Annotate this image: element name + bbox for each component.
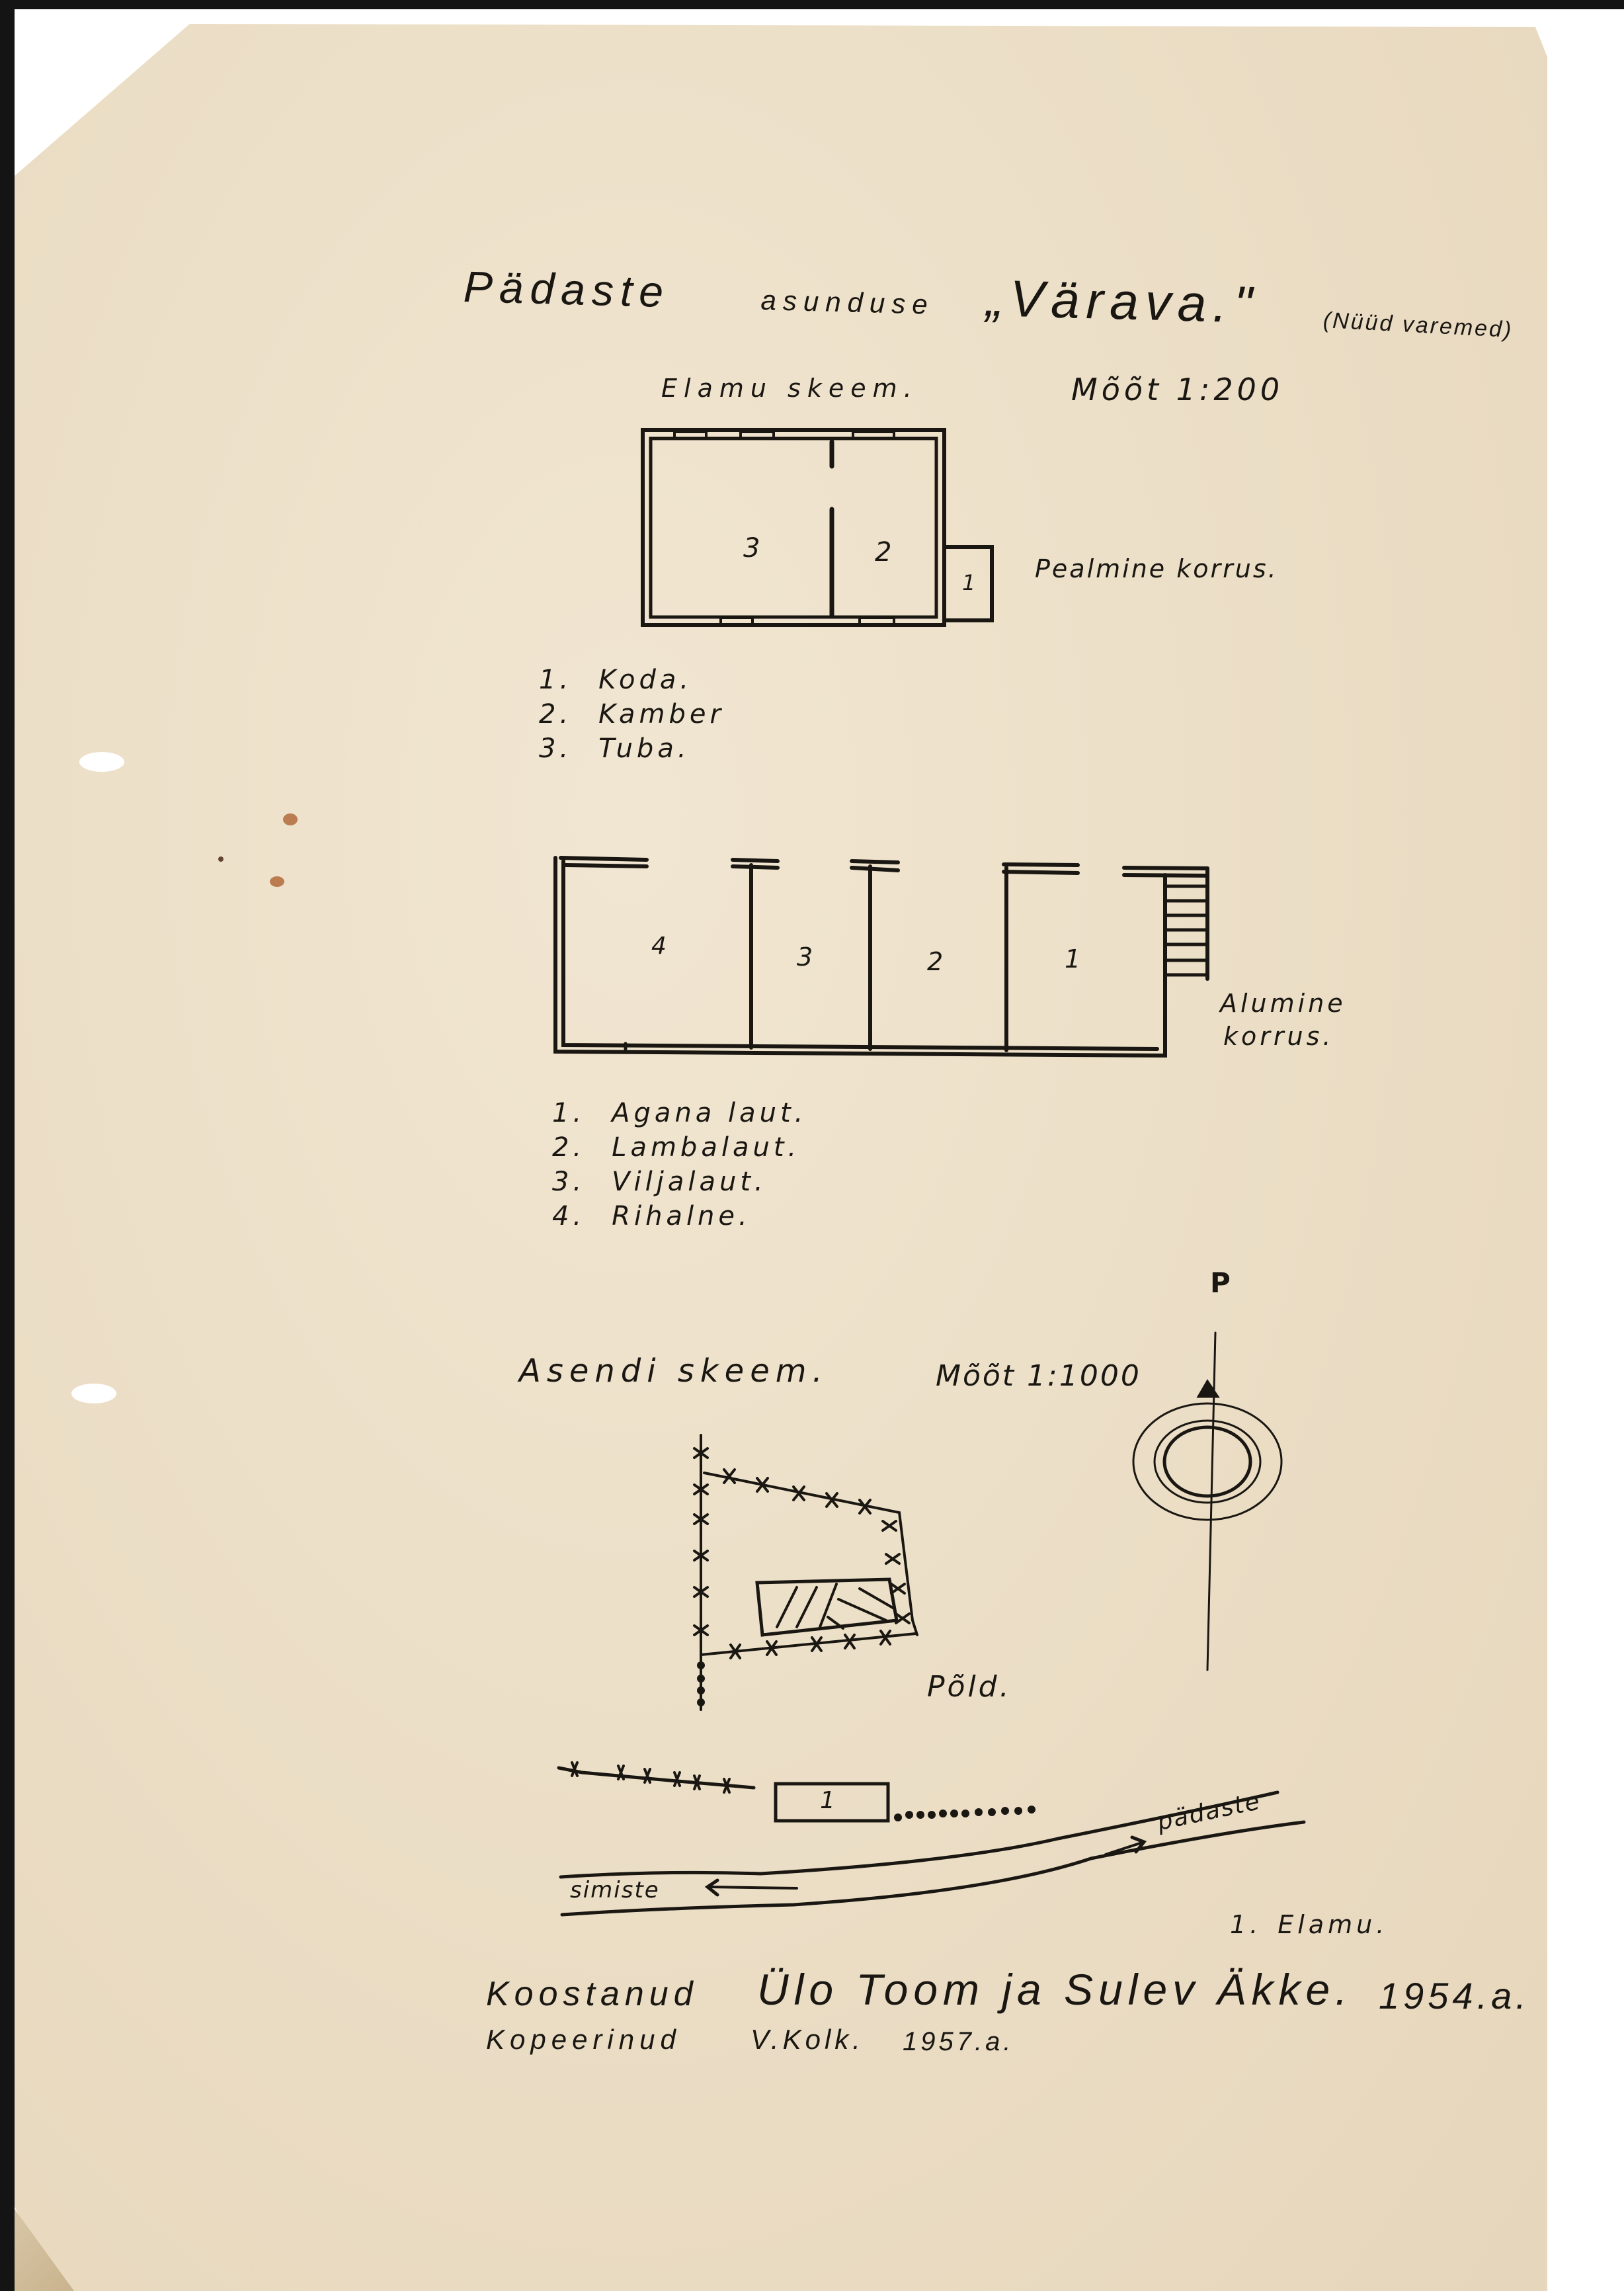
road-label-simiste: simiste [570,1877,660,1903]
punch-hole-bottom [71,1384,116,1403]
house-plan-heading: Elamu skeem. [661,374,918,403]
lower-floor-label-2: korrus. [1223,1022,1334,1051]
ink-speck [218,856,223,862]
site-building-number: 1 [820,1787,839,1814]
legend-item: 4.Rihalne. [552,1201,807,1231]
copied-name: V.Kolk. [751,2024,864,2056]
rust-spot [270,876,284,887]
compiled-year: 1954.a. [1379,1974,1530,2017]
legend-item: 2.Lambalaut. [552,1132,807,1163]
site-legend: 1.Elamu. [1230,1910,1388,1943]
legend-item: 3.Viljalaut. [552,1167,807,1197]
compiled-prefix: Koostanud [486,1974,698,2014]
lower-room-number-2: 2 [927,947,947,976]
lower-room-number-1: 1 [1065,944,1084,974]
title-place: Pädaste [463,261,670,317]
site-plan-scale: Mõõt 1:1000 [936,1359,1141,1393]
upper-floor-legend: 1.Koda. 2.Kamber 3.Tuba. [539,665,725,768]
copied-year: 1957.a. [903,2027,1014,2057]
copied-prefix: Kopeerinud [486,2024,681,2056]
scanner-edge-left [0,0,15,2291]
lower-floor-label-1: Alumine [1220,989,1346,1018]
legend-item: 1.Elamu. [1230,1910,1388,1939]
lower-room-number-3: 3 [797,942,817,972]
lower-room-number-4: 4 [651,933,670,960]
north-label: P [1210,1267,1235,1299]
upper-room-number-2: 2 [875,537,895,567]
house-plan-scale: Mõõt 1:200 [1071,372,1283,407]
upper-room-number-1: 1 [962,570,979,595]
punch-hole-top [79,752,124,772]
title-type: asunduse [760,284,934,321]
legend-item: 3.Tuba. [539,733,725,764]
upper-floor-label: Pealmine korrus. [1035,554,1278,583]
upper-room-number-3: 3 [743,533,764,563]
title-name: „Värava." [985,268,1260,335]
scanner-edge-top [0,0,1624,9]
rust-spot [283,813,298,825]
legend-item: 1.Koda. [539,665,725,695]
field-label: Põld. [927,1670,1012,1704]
lower-floor-legend: 1.Agana laut. 2.Lambalaut. 3.Viljalaut. … [552,1098,807,1235]
legend-item: 1.Agana laut. [552,1098,807,1128]
legend-item: 2.Kamber [539,699,725,729]
site-plan-heading: Asendi skeem. [519,1353,829,1390]
compiled-names: Ülo Toom ja Sulev Äkke. [757,1964,1353,2015]
